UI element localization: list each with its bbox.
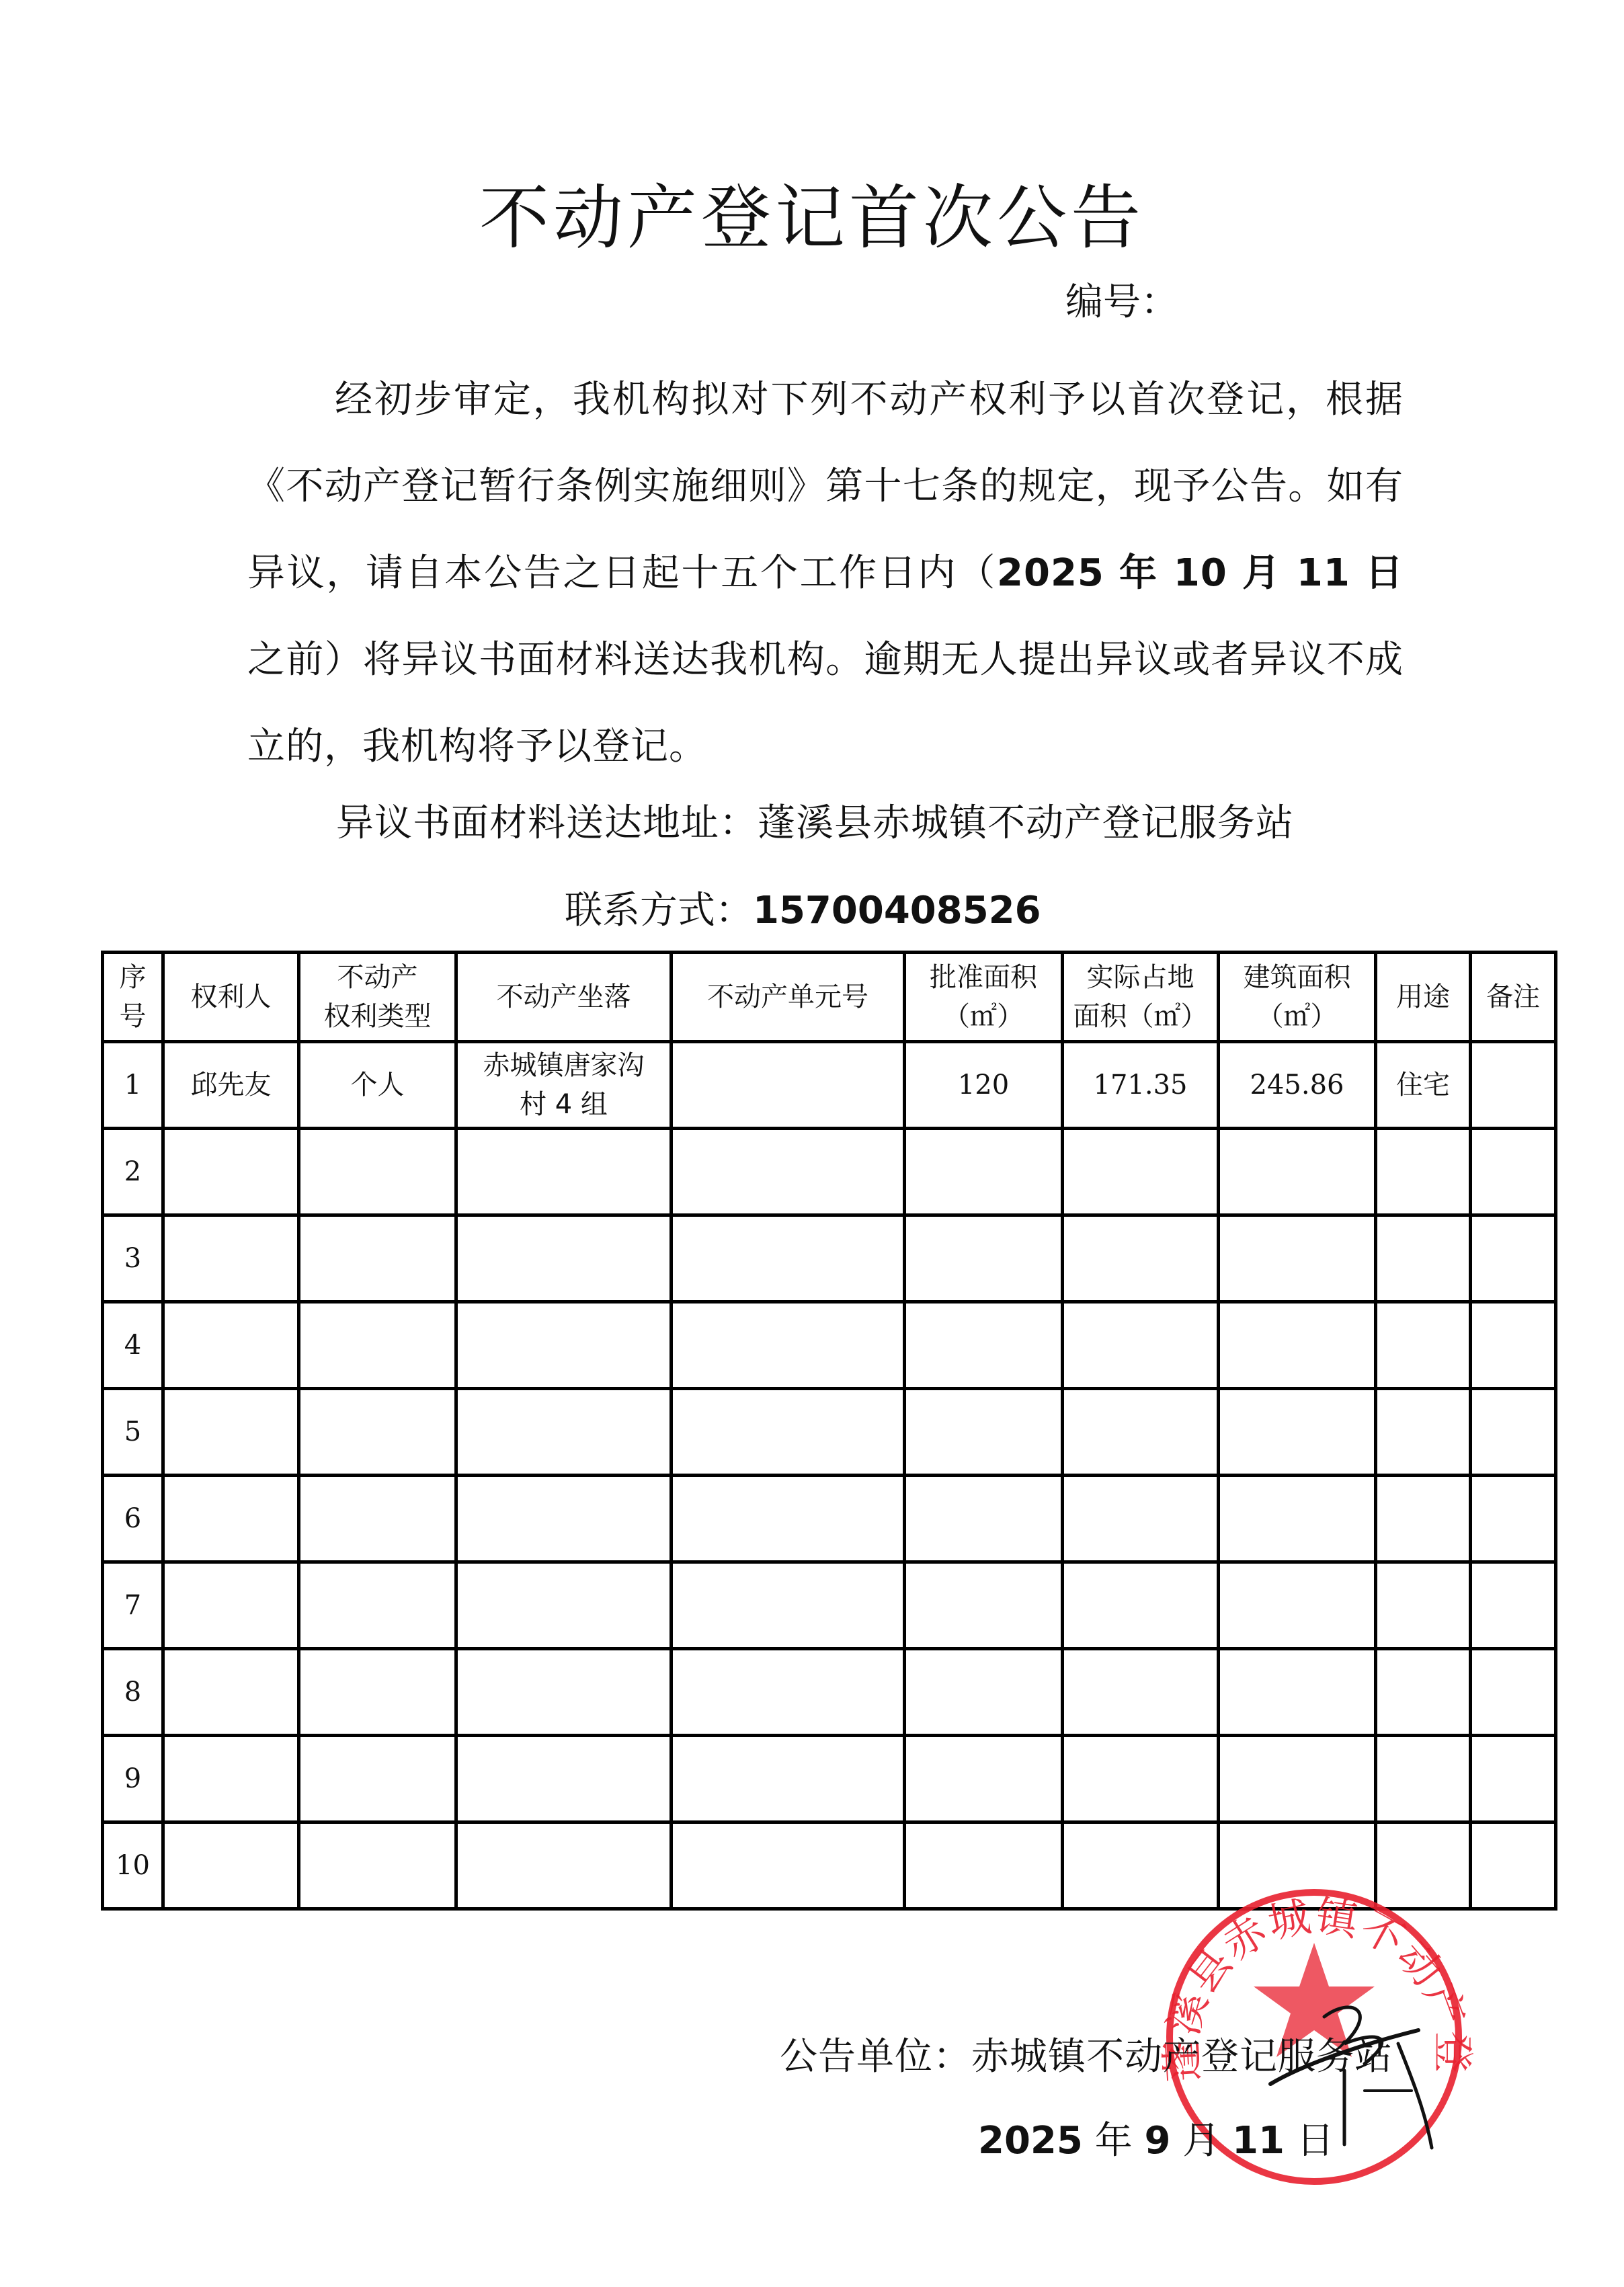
cell-usage (1376, 1389, 1471, 1476)
day-suffix: 日 (1285, 2119, 1334, 2163)
cell-actual-area (1063, 1302, 1219, 1389)
cell-seq: 6 (103, 1476, 163, 1562)
cell-usage (1376, 1562, 1471, 1649)
issue-date-year: 2025 (978, 2119, 1083, 2163)
cell-unit-no (672, 1736, 905, 1822)
cell-remark (1471, 1649, 1556, 1736)
cell-holder (163, 1129, 299, 1215)
cell-unit-no (672, 1129, 905, 1215)
header-building-area-line1: 建筑面积 (1244, 962, 1351, 993)
cell-building-area (1219, 1736, 1376, 1822)
cell-rights-type (299, 1389, 456, 1476)
header-rights-type: 不动产权利类型 (299, 953, 456, 1042)
cell-approved-area (905, 1389, 1063, 1476)
cell-remark (1471, 1476, 1556, 1562)
cell-unit-no (672, 1042, 905, 1129)
cell-seq: 4 (103, 1302, 163, 1389)
header-unit-no: 不动产单元号 (672, 953, 905, 1042)
cell-remark (1471, 1302, 1556, 1389)
address-label: 异议书面材料送达地址： (336, 801, 758, 845)
property-table: 序号 权利人 不动产权利类型 不动产坐落 不动产单元号 批准面积（㎡） 实际占地… (101, 951, 1557, 1911)
cell-rights-type (299, 1822, 456, 1909)
cell-rights-type (299, 1476, 456, 1562)
header-actual-area: 实际占地面积（㎡） (1063, 953, 1219, 1042)
header-remark: 备注 (1471, 953, 1556, 1042)
cell-building-area (1219, 1302, 1376, 1389)
cell-rights-type (299, 1215, 456, 1302)
header-seq: 序号 (103, 953, 163, 1042)
header-holder: 权利人 (163, 953, 299, 1042)
cell-location (456, 1215, 672, 1302)
cell-seq: 3 (103, 1215, 163, 1302)
cell-actual-area (1063, 1649, 1219, 1736)
cell-unit-no (672, 1302, 905, 1389)
cell-location: 赤城镇唐家沟村 4 组 (456, 1042, 672, 1129)
cell-actual-area (1063, 1562, 1219, 1649)
cell-unit-no (672, 1389, 905, 1476)
cell-building-area (1219, 1822, 1376, 1909)
cell-remark (1471, 1129, 1556, 1215)
cell-rights-type (299, 1129, 456, 1215)
page-title: 不动产登记首次公告 (0, 161, 1624, 262)
header-approved-area-line1: 批准面积 (930, 962, 1037, 993)
objection-deadline: 2025 年 10 月 11 日 (997, 551, 1404, 595)
location-line1: 赤城镇唐家沟 (483, 1050, 645, 1081)
header-usage: 用途 (1376, 953, 1471, 1042)
cell-location (456, 1822, 672, 1909)
address-value: 蓬溪县赤城镇不动产登记服务站 (758, 801, 1294, 845)
cell-seq: 8 (103, 1649, 163, 1736)
cell-remark (1471, 1736, 1556, 1822)
cell-remark (1471, 1215, 1556, 1302)
cell-actual-area: 171.35 (1063, 1042, 1219, 1129)
table-row: 9 (103, 1736, 1556, 1822)
cell-location (456, 1302, 672, 1389)
notice-text-part2: 之前）将异议书面材料送达我机构。逾期无人提出异议或者异议不成立的，我机构将予以登… (247, 638, 1404, 768)
cell-seq: 1 (103, 1042, 163, 1129)
cell-building-area (1219, 1476, 1376, 1562)
cell-seq: 10 (103, 1822, 163, 1909)
cell-seq: 5 (103, 1389, 163, 1476)
cell-building-area: 245.86 (1219, 1042, 1376, 1129)
cell-building-area (1219, 1562, 1376, 1649)
issuing-unit-value: 赤城镇不动产登记服务站 (971, 2035, 1393, 2079)
header-actual-area-line1: 实际占地 (1087, 962, 1194, 993)
issue-date-month: 9 (1144, 2119, 1170, 2163)
issuing-unit-label: 公告单位： (780, 2035, 971, 2079)
header-rights-type-line2: 权利类型 (324, 1001, 432, 1032)
cell-holder (163, 1822, 299, 1909)
cell-approved-area (905, 1562, 1063, 1649)
cell-approved-area: 120 (905, 1042, 1063, 1129)
cell-holder (163, 1389, 299, 1476)
cell-unit-no (672, 1649, 905, 1736)
cell-location (456, 1736, 672, 1822)
cell-location (456, 1476, 672, 1562)
cell-location (456, 1129, 672, 1215)
cell-actual-area (1063, 1389, 1219, 1476)
cell-seq: 7 (103, 1562, 163, 1649)
table-row: 5 (103, 1389, 1556, 1476)
location-line2: 村 4 组 (520, 1089, 608, 1120)
cell-location (456, 1389, 672, 1476)
cell-usage (1376, 1129, 1471, 1215)
cell-approved-area (905, 1736, 1063, 1822)
table-row: 2 (103, 1129, 1556, 1215)
cell-remark (1471, 1042, 1556, 1129)
header-seq-line1: 序 (120, 962, 147, 993)
cell-unit-no (672, 1476, 905, 1562)
month-suffix: 月 (1170, 2119, 1232, 2163)
header-actual-area-line2: 面积（㎡） (1073, 1001, 1208, 1032)
cell-remark (1471, 1822, 1556, 1909)
table-row: 1邱先友个人赤城镇唐家沟村 4 组120171.35245.86住宅 (103, 1042, 1556, 1129)
cell-actual-area (1063, 1476, 1219, 1562)
cell-usage (1376, 1649, 1471, 1736)
table-row: 10 (103, 1822, 1556, 1909)
header-approved-area-line2: （㎡） (943, 1001, 1024, 1032)
notice-paragraph: 经初步审定，我机构拟对下列不动产权利予以首次登记，根据《不动产登记暂行条例实施细… (247, 356, 1404, 790)
table-header-row: 序号 权利人 不动产权利类型 不动产坐落 不动产单元号 批准面积（㎡） 实际占地… (103, 953, 1556, 1042)
issue-date: 2025 年 9 月 11 日 (978, 2111, 1334, 2165)
cell-unit-no (672, 1562, 905, 1649)
header-building-area: 建筑面积（㎡） (1219, 953, 1376, 1042)
table-row: 7 (103, 1562, 1556, 1649)
contact-phone: 15700408526 (753, 889, 1041, 932)
cell-holder: 邱先友 (163, 1042, 299, 1129)
header-building-area-line2: （㎡） (1257, 1001, 1338, 1032)
contact-label: 联系方式： (565, 889, 753, 932)
contact-info: 联系方式：15700408526 (565, 881, 1041, 934)
header-approved-area: 批准面积（㎡） (905, 953, 1063, 1042)
cell-rights-type: 个人 (299, 1042, 456, 1129)
cell-usage (1376, 1822, 1471, 1909)
cell-seq: 9 (103, 1736, 163, 1822)
cell-location (456, 1649, 672, 1736)
cell-unit-no (672, 1822, 905, 1909)
cell-usage (1376, 1215, 1471, 1302)
header-seq-line2: 号 (120, 1001, 147, 1032)
cell-holder (163, 1736, 299, 1822)
cell-building-area (1219, 1129, 1376, 1215)
cell-rights-type (299, 1562, 456, 1649)
issue-date-day: 11 (1232, 2119, 1285, 2163)
cell-building-area (1219, 1215, 1376, 1302)
cell-usage (1376, 1476, 1471, 1562)
cell-approved-area (905, 1129, 1063, 1215)
cell-holder (163, 1302, 299, 1389)
header-rights-type-line1: 不动产 (337, 962, 418, 993)
cell-building-area (1219, 1649, 1376, 1736)
cell-approved-area (905, 1302, 1063, 1389)
objection-address: 异议书面材料送达地址：蓬溪县赤城镇不动产登记服务站 (336, 793, 1294, 847)
cell-approved-area (905, 1476, 1063, 1562)
cell-approved-area (905, 1215, 1063, 1302)
cell-approved-area (905, 1649, 1063, 1736)
cell-usage (1376, 1302, 1471, 1389)
cell-actual-area (1063, 1215, 1219, 1302)
cell-unit-no (672, 1215, 905, 1302)
table-row: 8 (103, 1649, 1556, 1736)
cell-actual-area (1063, 1822, 1219, 1909)
cell-rights-type (299, 1649, 456, 1736)
cell-holder (163, 1215, 299, 1302)
table-row: 3 (103, 1215, 1556, 1302)
cell-rights-type (299, 1302, 456, 1389)
header-location: 不动产坐落 (456, 953, 672, 1042)
cell-building-area (1219, 1389, 1376, 1476)
cell-location (456, 1562, 672, 1649)
cell-usage (1376, 1736, 1471, 1822)
cell-seq: 2 (103, 1129, 163, 1215)
cell-remark (1471, 1562, 1556, 1649)
table-row: 6 (103, 1476, 1556, 1562)
document-number: 编号： (1065, 272, 1178, 326)
table-row: 4 (103, 1302, 1556, 1389)
cell-approved-area (905, 1822, 1063, 1909)
issuing-unit: 公告单位：赤城镇不动产登记服务站 (780, 2027, 1393, 2081)
cell-rights-type (299, 1736, 456, 1822)
cell-actual-area (1063, 1736, 1219, 1822)
cell-holder (163, 1476, 299, 1562)
cell-holder (163, 1562, 299, 1649)
document-number-label: 编号： (1065, 280, 1178, 324)
cell-remark (1471, 1389, 1556, 1476)
cell-holder (163, 1649, 299, 1736)
cell-usage: 住宅 (1376, 1042, 1471, 1129)
year-suffix: 年 (1083, 2119, 1145, 2163)
cell-actual-area (1063, 1129, 1219, 1215)
